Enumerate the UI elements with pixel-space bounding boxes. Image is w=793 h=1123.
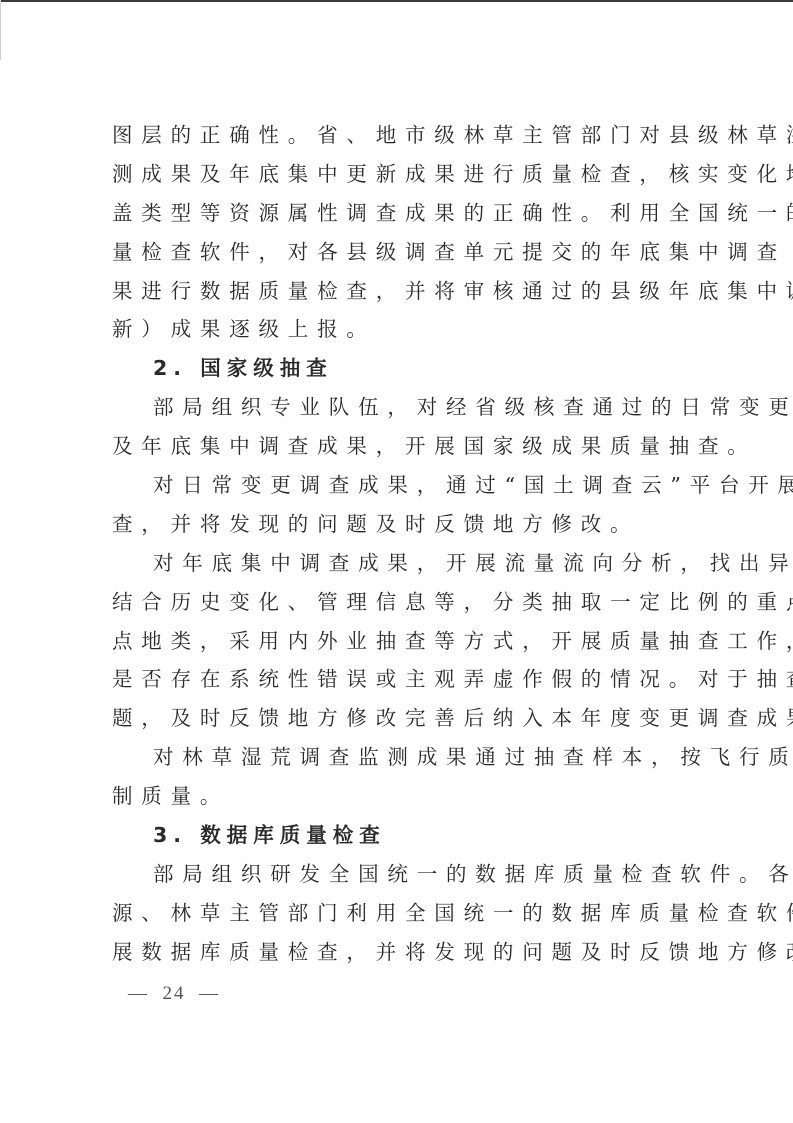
document-body: 图层的正确性。省、地市级林草主管部门对县级林草湿荒日常监 测成果及年底集中更新成… xyxy=(112,116,700,972)
paragraph-database-software: 部局组织研发全国统一的数据库质量检查软件。各级自然资 源、林草主管部门利用全国统… xyxy=(112,855,700,972)
text-line: 果进行数据质量检查，并将审核通过的县级年底集中调查（更 xyxy=(112,272,700,311)
text-line: 对日常变更调查成果，通过“国土调查云”平台开展成果抽 xyxy=(112,466,700,505)
text-line: 部局组织专业队伍，对经省级核查通过的日常变更调查成果 xyxy=(112,388,700,427)
paragraph-national-team: 部局组织专业队伍，对经省级核查通过的日常变更调查成果 及年底集中调查成果，开展国… xyxy=(112,388,700,466)
text-line: 图层的正确性。省、地市级林草主管部门对县级林草湿荒日常监 xyxy=(112,116,700,155)
text-line: 部局组织研发全国统一的数据库质量检查软件。各级自然资 xyxy=(112,855,700,894)
scan-top-edge xyxy=(0,0,793,2)
page-number: — 24 — xyxy=(128,983,220,1005)
text-line: 对林草湿荒调查监测成果通过抽查样本，按飞行质控方式控 xyxy=(112,738,700,777)
text-line: 查，并将发现的问题及时反馈地方修改。 xyxy=(112,505,700,544)
section-heading-national-spot-check: 2. 国家级抽查 xyxy=(112,349,700,388)
text-line: 源、林草主管部门利用全国统一的数据库质量检查软件，组织开 xyxy=(112,894,700,933)
paragraph-provincial-check-continued: 图层的正确性。省、地市级林草主管部门对县级林草湿荒日常监 测成果及年底集中更新成… xyxy=(112,116,700,349)
text-line: 是否存在系统性错误或主观弄虚作假的情况。对于抽查发现的问 xyxy=(112,660,700,699)
text-line: 点地类，采用内外业抽查等方式，开展质量抽查工作，重点发现 xyxy=(112,622,700,661)
text-line: 题，及时反馈地方修改完善后纳入本年度变更调查成果。 xyxy=(112,699,700,738)
paragraph-daily-change: 对日常变更调查成果，通过“国土调查云”平台开展成果抽 查，并将发现的问题及时反馈… xyxy=(112,466,700,544)
text-line: 新）成果逐级上报。 xyxy=(112,310,700,349)
section-heading-database-check: 3. 数据库质量检查 xyxy=(112,816,700,855)
text-line: 制质量。 xyxy=(112,777,700,816)
text-line: 盖类型等资源属性调查成果的正确性。利用全国统一的数据库质 xyxy=(112,194,700,233)
text-line: 测成果及年底集中更新成果进行质量检查，核实变化地块植被覆 xyxy=(112,155,700,194)
paragraph-forest-grass: 对林草湿荒调查监测成果通过抽查样本，按飞行质控方式控 制质量。 xyxy=(112,738,700,816)
scan-left-edge xyxy=(0,0,1,60)
text-line: 结合历史变化、管理信息等，分类抽取一定比例的重点地区和重 xyxy=(112,583,700,622)
paragraph-year-end: 对年底集中调查成果，开展流量流向分析，找出异常情况， 结合历史变化、管理信息等，… xyxy=(112,544,700,738)
text-line: 展数据库质量检查，并将发现的问题及时反馈地方修改。 xyxy=(112,933,700,972)
text-line: 及年底集中调查成果，开展国家级成果质量抽查。 xyxy=(112,427,700,466)
text-line: 量检查软件，对各县级调查单元提交的年底集中调查（更新）成 xyxy=(112,233,700,272)
text-line: 对年底集中调查成果，开展流量流向分析，找出异常情况， xyxy=(112,544,700,583)
